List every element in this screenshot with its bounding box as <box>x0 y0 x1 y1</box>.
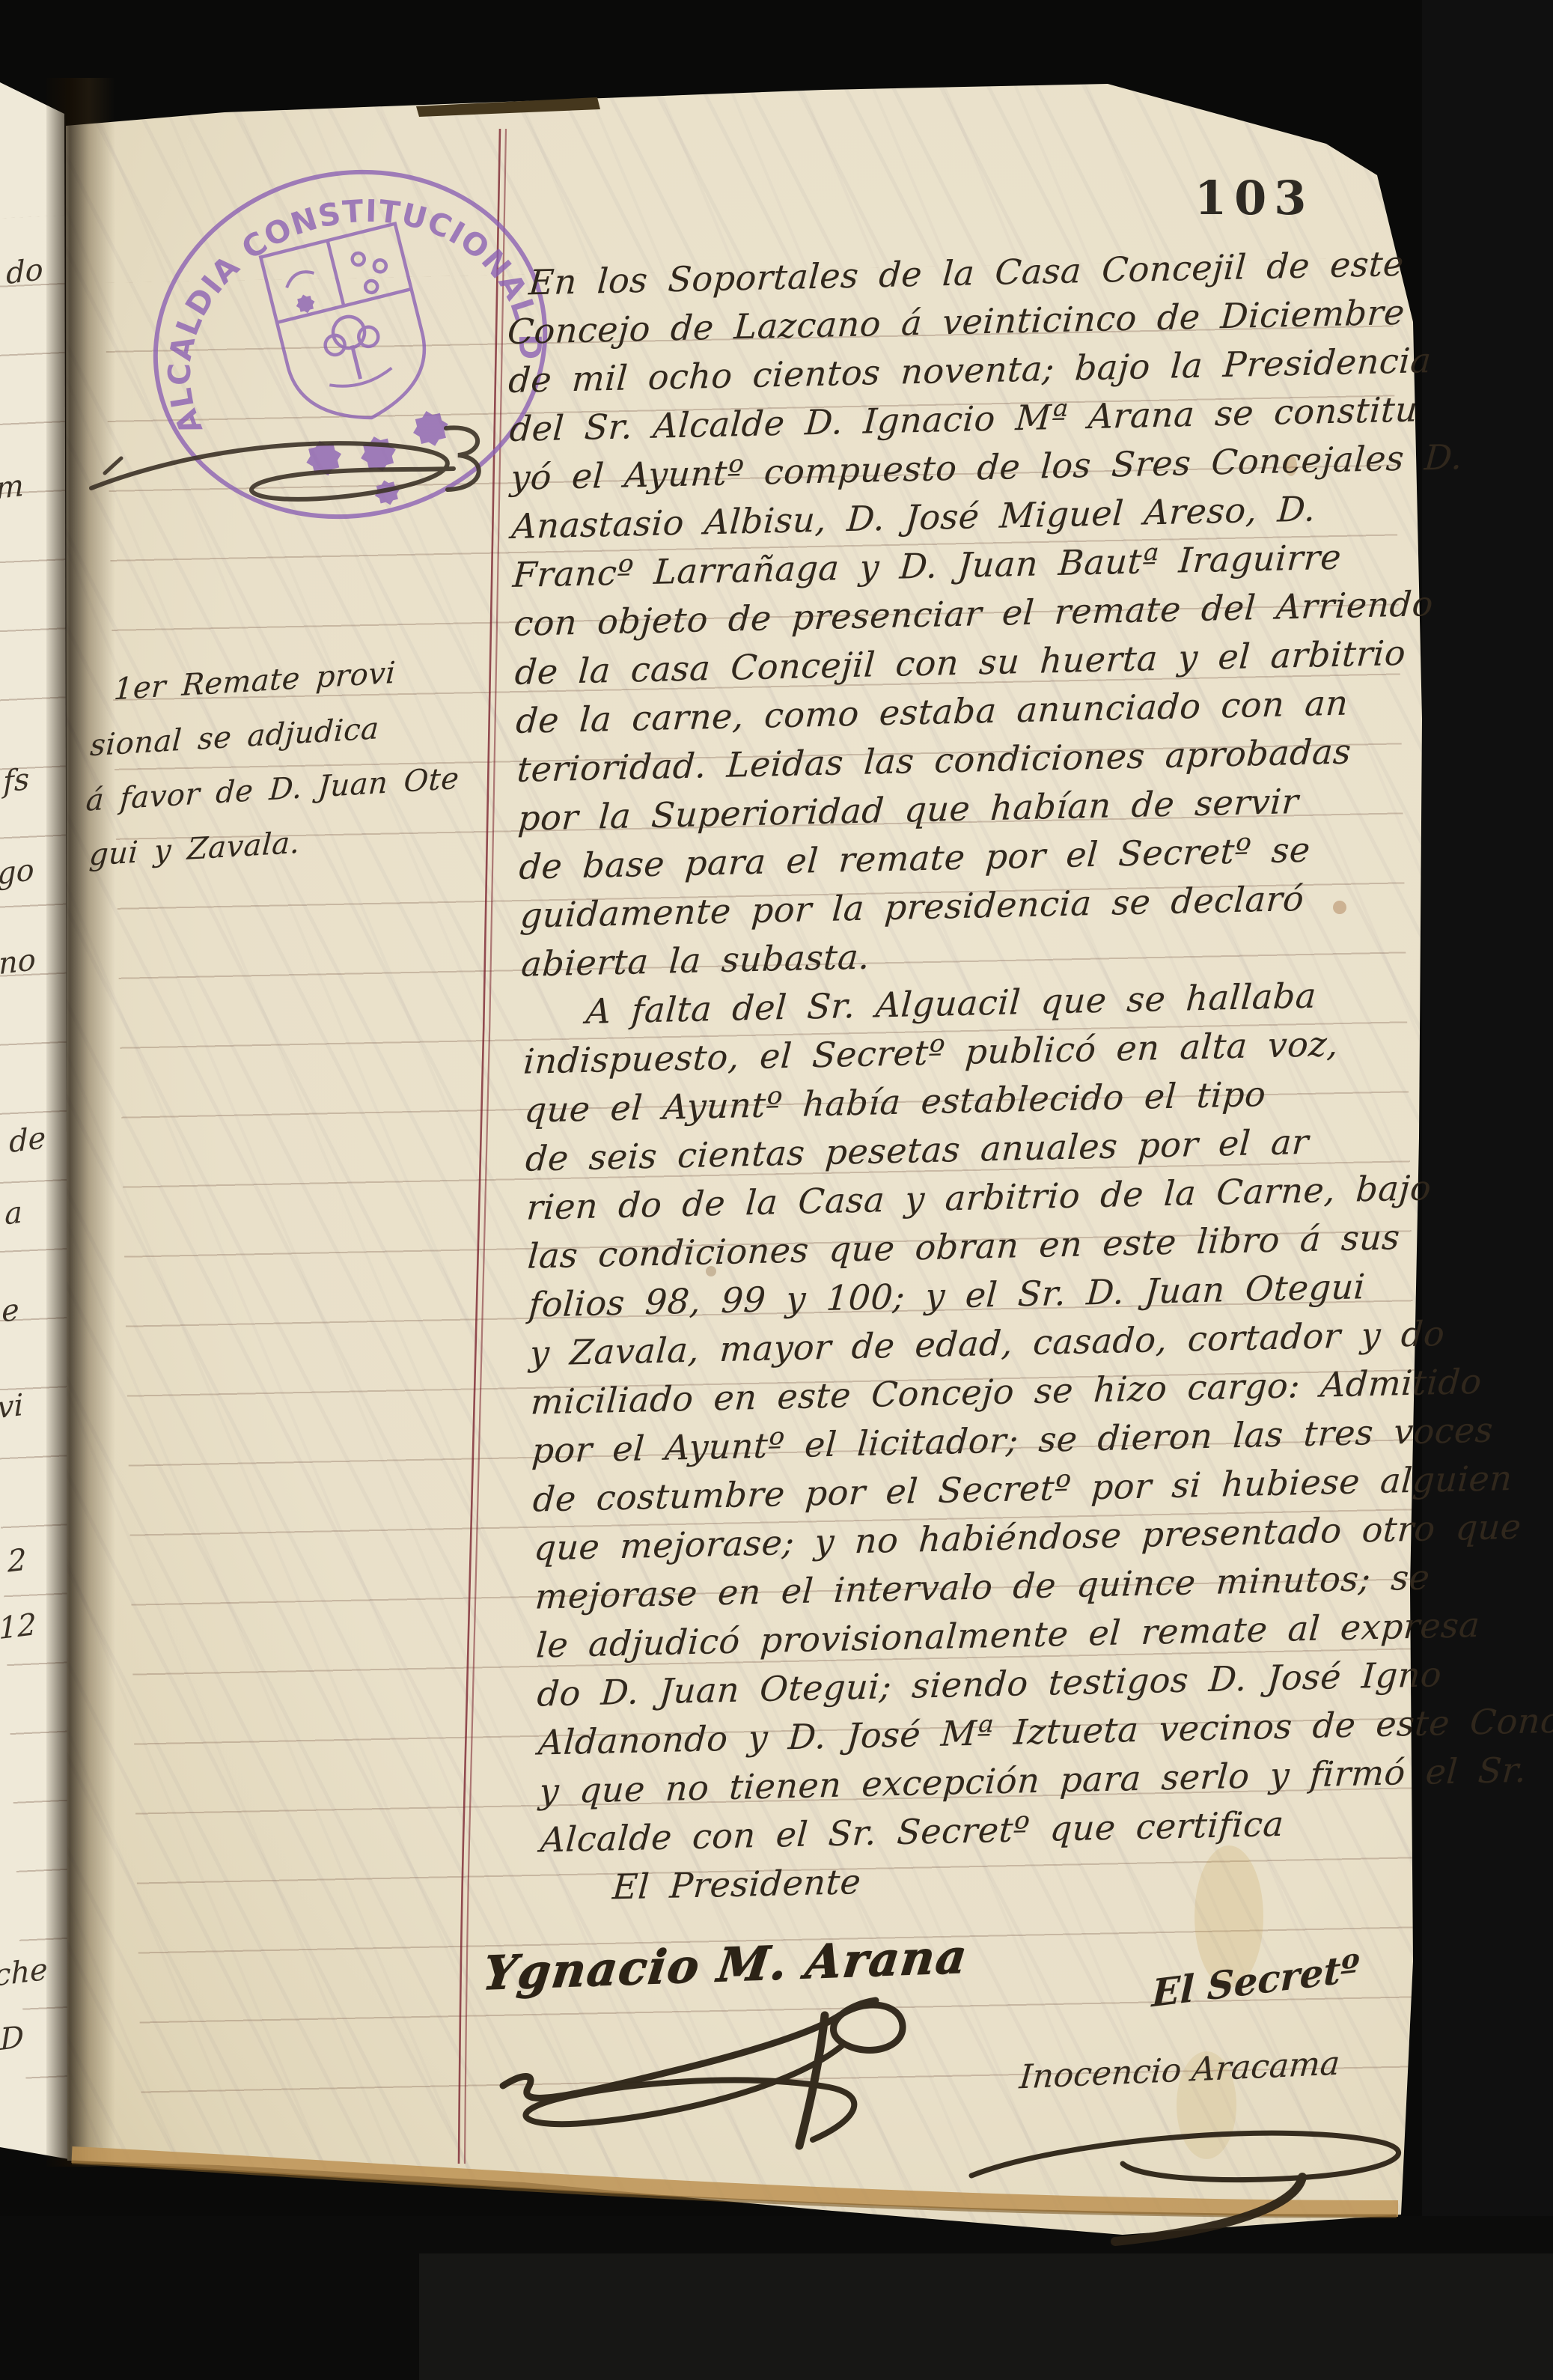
president-rubric <box>503 2000 903 2146</box>
margin-note: 1er Remate provisional se adjudicaá favo… <box>78 642 464 883</box>
stamp-shield <box>260 224 439 435</box>
margin-rule <box>459 129 506 2164</box>
stamp-ring-text: ALCALDIA CONSTITUCIONAL DE LAZCANO <box>0 0 556 499</box>
manuscript-text: En los Soportales de la Casa Concejil de… <box>506 239 1455 1913</box>
secretary-rubric <box>971 2133 1399 2241</box>
page-number: 103 <box>1195 171 1314 225</box>
scanned-document: do m fs go no de a e vi 2 12 che D <box>0 0 1553 2380</box>
stamp-stars <box>302 407 464 522</box>
municipal-stamp: ALCALDIA CONSTITUCIONAL DE LAZCANO <box>0 0 582 599</box>
page-top-edge-sliver <box>416 97 600 117</box>
